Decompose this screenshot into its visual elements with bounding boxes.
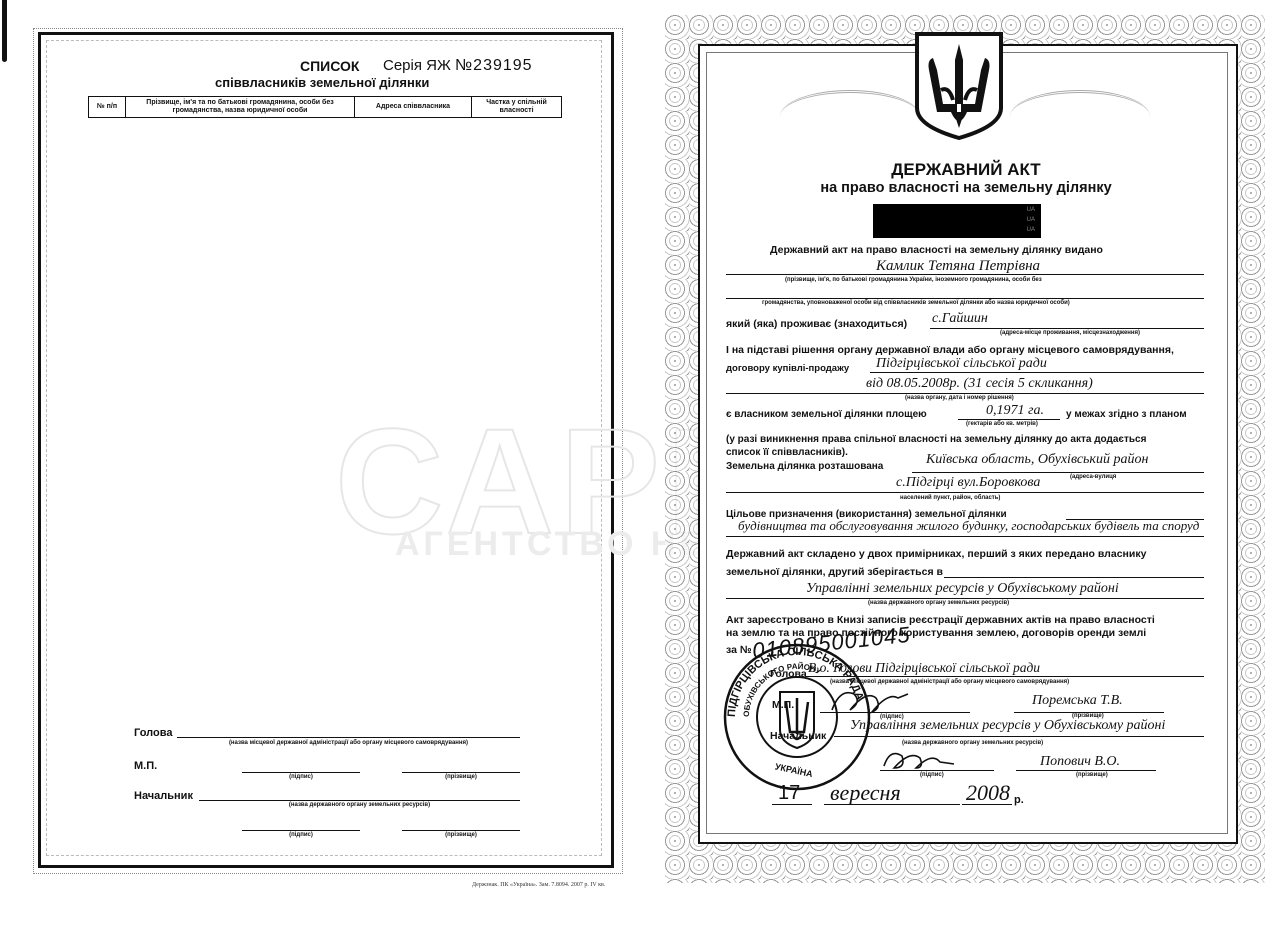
date-day-line bbox=[772, 790, 812, 805]
left-head-label: Голова bbox=[134, 727, 172, 739]
owner-line-2 bbox=[726, 288, 1204, 299]
official-stamp-icon: ПІДГІРЦІВСЬКА СІЛЬСЬКА РАДА ОБУХІВСЬКОГО… bbox=[722, 642, 872, 792]
col-address: Адреса співвласника bbox=[355, 97, 472, 118]
redacted-tag: UA bbox=[1027, 217, 1035, 223]
copies-line-1 bbox=[944, 566, 1204, 578]
right-surname-line-1 bbox=[1014, 700, 1164, 713]
basis-line-2 bbox=[726, 381, 1204, 394]
date-year-line bbox=[962, 790, 1012, 805]
stamp-bottom-text: УКРАЇНА bbox=[774, 761, 814, 779]
left-head-line bbox=[177, 727, 520, 738]
left-surname-caption-2: (прізвище) bbox=[402, 832, 520, 838]
right-signature-caption-2: (підпис) bbox=[920, 772, 944, 778]
purpose-line-2 bbox=[726, 524, 1204, 537]
left-surname-line-2 bbox=[402, 820, 520, 831]
basis-line-1 bbox=[870, 360, 1204, 373]
owner-line bbox=[726, 260, 1204, 275]
ornament-right-icon bbox=[1010, 90, 1150, 143]
area-label: є власником земельної ділянки площею bbox=[726, 409, 927, 420]
right-surname-caption-2: (прізвище) bbox=[1076, 772, 1108, 778]
series-number: Серія ЯЖ №239195 bbox=[383, 57, 533, 75]
area-suffix: у межах згідно з планом bbox=[1066, 409, 1187, 420]
location-caption-2: населений пункт, район, область) bbox=[900, 495, 1000, 501]
left-surname-caption-1: (прізвище) bbox=[402, 774, 520, 780]
left-chief-line bbox=[199, 790, 520, 801]
copies-text-2: земельної ділянки, другий зберігається в bbox=[726, 566, 943, 578]
area-line bbox=[958, 407, 1060, 420]
left-head-caption: (назва місцевої державної адміністрації … bbox=[177, 740, 520, 746]
left-signature-caption-2: (підпис) bbox=[242, 832, 360, 838]
owner-caption-2: громадянства, уповноваженої особи від сп… bbox=[762, 300, 1070, 306]
copies-line-2 bbox=[726, 586, 1204, 599]
location-line-2 bbox=[726, 480, 1204, 493]
coowners-note-1: (у разі виникнення права спільної власно… bbox=[726, 434, 1146, 445]
coowners-table: № п/п Прізвище, ім'я та по батькові гром… bbox=[88, 96, 562, 118]
registry-text-1: Акт зареєстровано в Книзі записів реєстр… bbox=[726, 614, 1155, 626]
col-number: № п/п bbox=[89, 97, 126, 118]
act-title: ДЕРЖАВНИЙ АКТ bbox=[700, 160, 1232, 180]
issued-to-label: Державний акт на право власності на земе… bbox=[770, 244, 1103, 256]
col-share: Частка у спільній власності bbox=[472, 97, 562, 118]
ornament-left-icon bbox=[780, 90, 920, 143]
left-signature-caption-1: (підпис) bbox=[242, 774, 360, 780]
series-label: Серія ЯЖ bbox=[383, 57, 451, 74]
col-name: Прізвище, ім'я та по батькові громадянин… bbox=[126, 97, 355, 118]
contract-label: договору купівлі-продажу bbox=[726, 363, 849, 374]
location-line-1 bbox=[912, 460, 1204, 473]
left-seal-label: М.П. bbox=[134, 760, 157, 772]
list-heading: СПИСОК bbox=[300, 58, 359, 74]
date-suffix: р. bbox=[1014, 794, 1024, 806]
basis-label: І на підставі рішення органу державної в… bbox=[726, 344, 1174, 356]
left-signature-line-2 bbox=[242, 820, 360, 831]
redacted-tag: UA bbox=[1027, 207, 1035, 213]
act-subtitle: на право власності на земельну ділянку bbox=[700, 180, 1232, 196]
left-surname-line-1 bbox=[402, 762, 520, 773]
right-signature-line-2 bbox=[880, 758, 994, 771]
date-month-line bbox=[824, 790, 960, 805]
coowners-note-2: список її співвласників). bbox=[726, 447, 848, 458]
residence-caption: (адреса-місце проживання, місцезнаходжен… bbox=[1000, 330, 1140, 336]
owner-caption-1: (прізвище, ім'я, по батькові громадянина… bbox=[785, 277, 1042, 283]
right-chief-line bbox=[834, 724, 1204, 737]
left-signature-line-1 bbox=[242, 762, 360, 773]
basis-caption: (назва органу, дата і номер рішення) bbox=[905, 395, 1014, 401]
printer-note: Держзнак. ПК «Україна». Зам. 7.8094. 200… bbox=[472, 882, 605, 888]
coat-of-arms-icon bbox=[913, 30, 1005, 140]
residence-label: який (яка) проживає (знаходиться) bbox=[726, 318, 907, 330]
scan-edge-mark bbox=[2, 0, 7, 62]
redacted-block: UA UA UA bbox=[873, 204, 1041, 238]
copies-caption: (назва державного органу земельних ресур… bbox=[868, 600, 1009, 606]
list-subheading: співвласників земельної ділянки bbox=[215, 75, 429, 90]
series-value: №239195 bbox=[455, 57, 533, 74]
left-chief-caption: (назва державного органу земельних ресур… bbox=[199, 802, 520, 808]
table-header-row: № п/п Прізвище, ім'я та по батькові гром… bbox=[89, 97, 562, 118]
left-chief-label: Начальник bbox=[134, 790, 193, 802]
area-caption: (гектарів або кв. метрів) bbox=[966, 421, 1038, 427]
right-surname-line-2 bbox=[1016, 758, 1156, 771]
copies-text-1: Державний акт складено у двох примірника… bbox=[726, 548, 1146, 560]
location-label: Земельна ділянка розташована bbox=[726, 461, 883, 472]
residence-line bbox=[930, 318, 1204, 329]
redacted-tag: UA bbox=[1027, 227, 1035, 233]
